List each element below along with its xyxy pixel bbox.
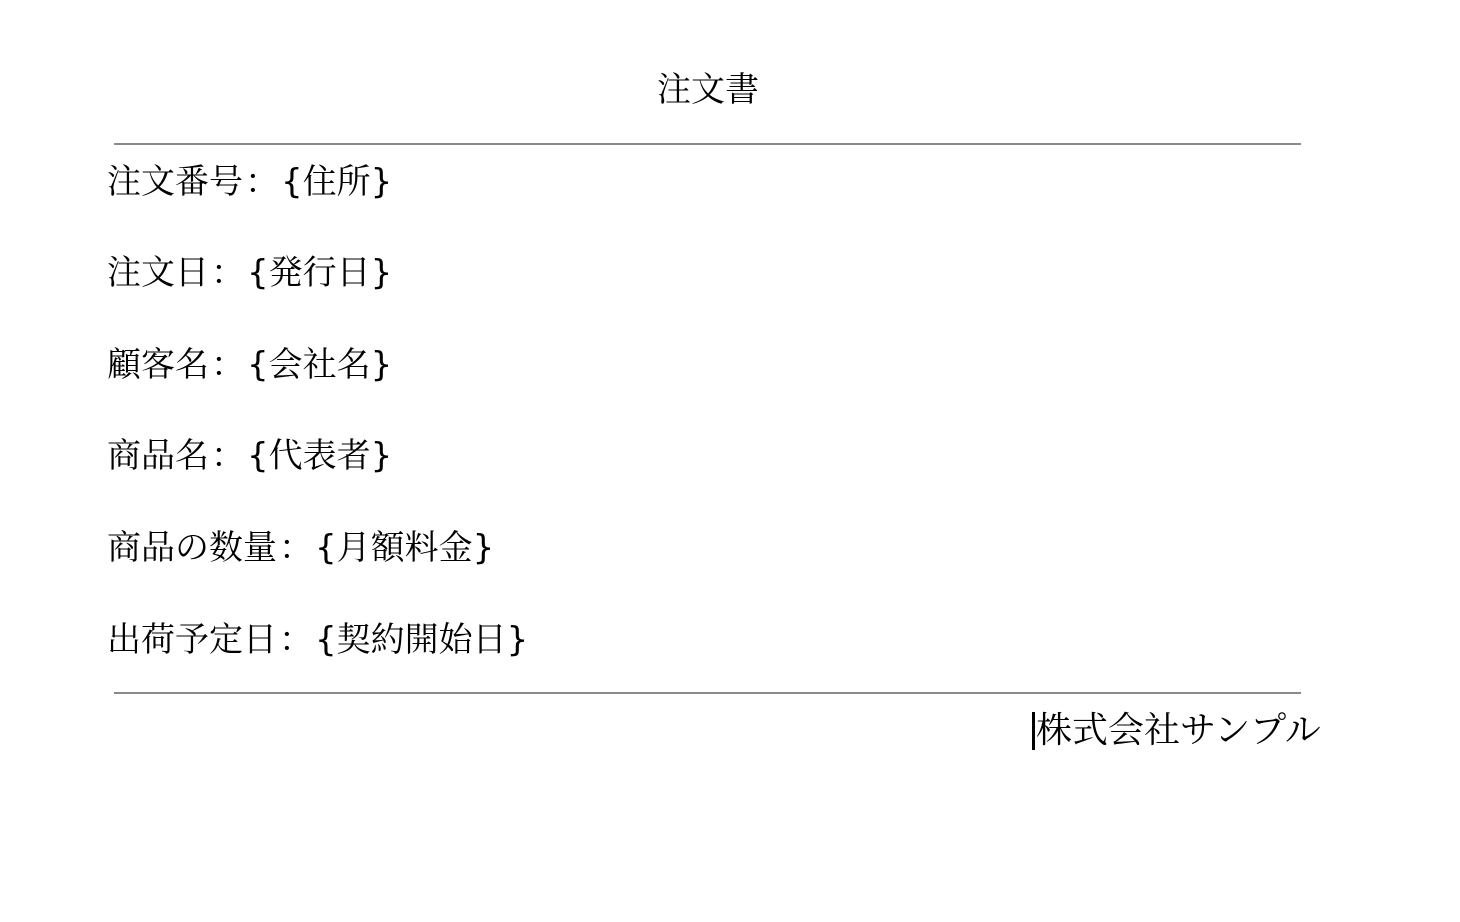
field-value: {月額料金} [315, 528, 494, 568]
field-order-date[interactable]: 注文日：{発行日} [107, 251, 392, 295]
field-label: 商品の数量 [107, 528, 277, 568]
field-order-number[interactable]: 注文番号：{住所} [107, 160, 392, 204]
field-label: 商品名 [107, 436, 209, 476]
text-cursor [1032, 712, 1035, 750]
field-label: 顧客名 [107, 345, 209, 385]
field-separator: ： [279, 620, 313, 660]
field-product-quantity[interactable]: 商品の数量：{月額料金} [107, 526, 494, 570]
document-title: 注文書 [0, 68, 1416, 112]
field-separator: ： [279, 528, 313, 568]
field-ship-date[interactable]: 出荷予定日：{契約開始日} [107, 618, 528, 662]
field-value: {会社名} [247, 345, 392, 385]
field-value: {契約開始日} [315, 620, 528, 660]
field-customer-name[interactable]: 顧客名：{会社名} [107, 343, 392, 387]
field-label: 出荷予定日 [107, 620, 277, 660]
field-separator: ： [211, 345, 245, 385]
bottom-divider [114, 692, 1301, 694]
field-value: {発行日} [247, 253, 392, 293]
field-product-name[interactable]: 商品名：{代表者} [107, 434, 392, 478]
field-separator: ： [245, 162, 279, 202]
signature-text: 株式会社サンプル [1036, 708, 1321, 754]
top-divider [114, 143, 1301, 145]
field-value: {代表者} [247, 436, 392, 476]
field-value: {住所} [281, 162, 392, 202]
field-separator: ： [211, 436, 245, 476]
field-separator: ： [211, 253, 245, 293]
field-label: 注文番号 [107, 162, 243, 202]
field-label: 注文日 [107, 253, 209, 293]
company-signature[interactable]: 株式会社サンプル [1032, 708, 1321, 754]
